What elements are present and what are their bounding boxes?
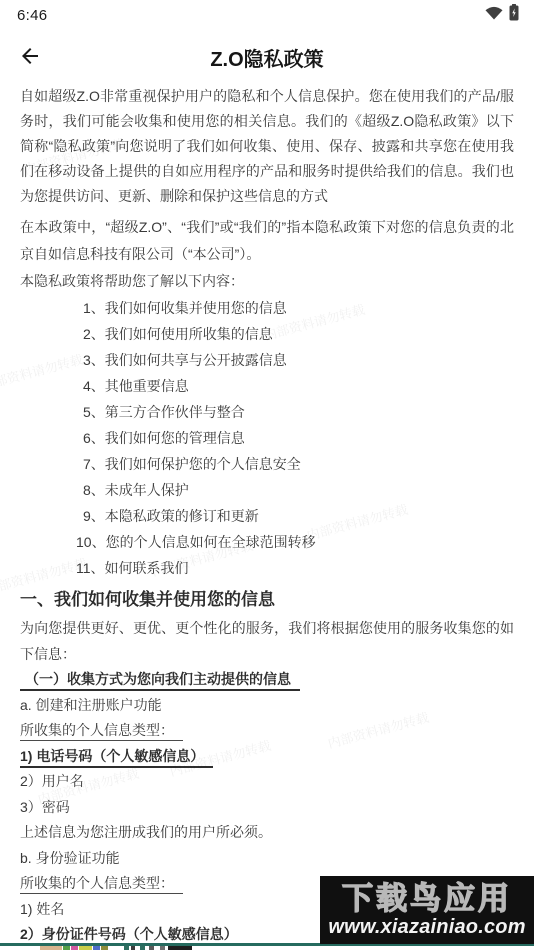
color-fragment [149, 946, 154, 950]
color-fragment [93, 946, 100, 950]
paragraph-intro: 自如超级Z.O非常重视保护用户的隐私和个人信息保护。您在使用我们的产品/服务时，… [20, 84, 514, 209]
status-icons [485, 4, 519, 26]
toc-item: 1、我们如何收集并使用您的信息 [20, 295, 514, 321]
feature-line: a. 创建和注册账户功能 [20, 693, 514, 719]
toc-item: 6、我们如何您的管理信息 [20, 425, 514, 451]
toc-item: 11、如何联系我们 [20, 555, 514, 581]
toc-item: 4、其他重要信息 [20, 373, 514, 399]
toc-item: 8、未成年人保护 [20, 477, 514, 503]
paragraph-company: 在本政策中，“超级Z.O”、“我们”或“我们的”指本隐私政策下对您的信息负责的北… [20, 214, 514, 268]
collected-item: 3）密码 [20, 795, 514, 821]
color-fragment [40, 946, 62, 950]
title-bar: Z.O隐私政策 [0, 36, 534, 76]
badge-title: 下载鸟应用 [342, 882, 512, 916]
collected-item: 2）用户名 [20, 769, 514, 795]
color-fragment [131, 946, 135, 950]
page-title: Z.O隐私政策 [0, 43, 534, 72]
collected-types-label: 所收集的个人信息类型： [20, 718, 514, 744]
note-line: 上述信息为您注册成我们的用户所必须。 [20, 820, 514, 846]
clock: 6:46 [17, 7, 47, 24]
section-heading: 一、我们如何收集并使用您的信息 [20, 585, 514, 615]
section-intro: 为向您提供更好、更优、更个性化的服务，我们将根据您使用的服务收集您的如下信息： [20, 615, 514, 667]
table-of-contents: 1、我们如何收集并使用您的信息 2、我们如何使用所收集的信息 3、我们如何共享与… [20, 295, 514, 581]
color-fragment [71, 946, 78, 950]
color-fragment [140, 946, 145, 950]
color-fragment [63, 946, 70, 950]
status-bar: 6:46 [0, 0, 534, 28]
app-screen: 6:46 Z.O隐私政策 自如超级Z.O非常重视保护用户的隐私和个人信息保护。您… [0, 0, 534, 950]
collected-item: 1) 电话号码（个人敏感信息） [20, 744, 514, 770]
toc-item: 2、我们如何使用所收集的信息 [20, 321, 514, 347]
download-watermark-badge: 下载鸟应用 www.xiazainiao.com [320, 876, 534, 944]
subsection-heading: （一）收集方式为您向我们主动提供的信息 [20, 667, 514, 693]
paragraph-toc-lead: 本隐私政策将帮助您了解以下内容： [20, 268, 514, 295]
color-fragment [160, 946, 165, 950]
wifi-icon [485, 6, 503, 25]
feature-line: b. 身份验证功能 [20, 846, 514, 872]
toc-item: 10、您的个人信息如何在全球范围转移 [20, 529, 514, 555]
color-fragment [168, 946, 192, 950]
toc-item: 3、我们如何共享与公开披露信息 [20, 347, 514, 373]
policy-text: 自如超级Z.O非常重视保护用户的隐私和个人信息保护。您在使用我们的产品/服务时，… [20, 84, 514, 948]
color-fragment [101, 946, 108, 950]
color-fragment [79, 946, 92, 950]
color-fragment [124, 946, 129, 950]
toc-item: 7、我们如何保护您的个人信息安全 [20, 451, 514, 477]
battery-charging-icon [509, 4, 519, 26]
toc-item: 5、第三方合作伙伴与整合 [20, 399, 514, 425]
badge-url: www.xiazainiao.com [328, 916, 525, 938]
cutoff-content-strip [0, 946, 534, 950]
toc-item: 9、本隐私政策的修订和更新 [20, 503, 514, 529]
